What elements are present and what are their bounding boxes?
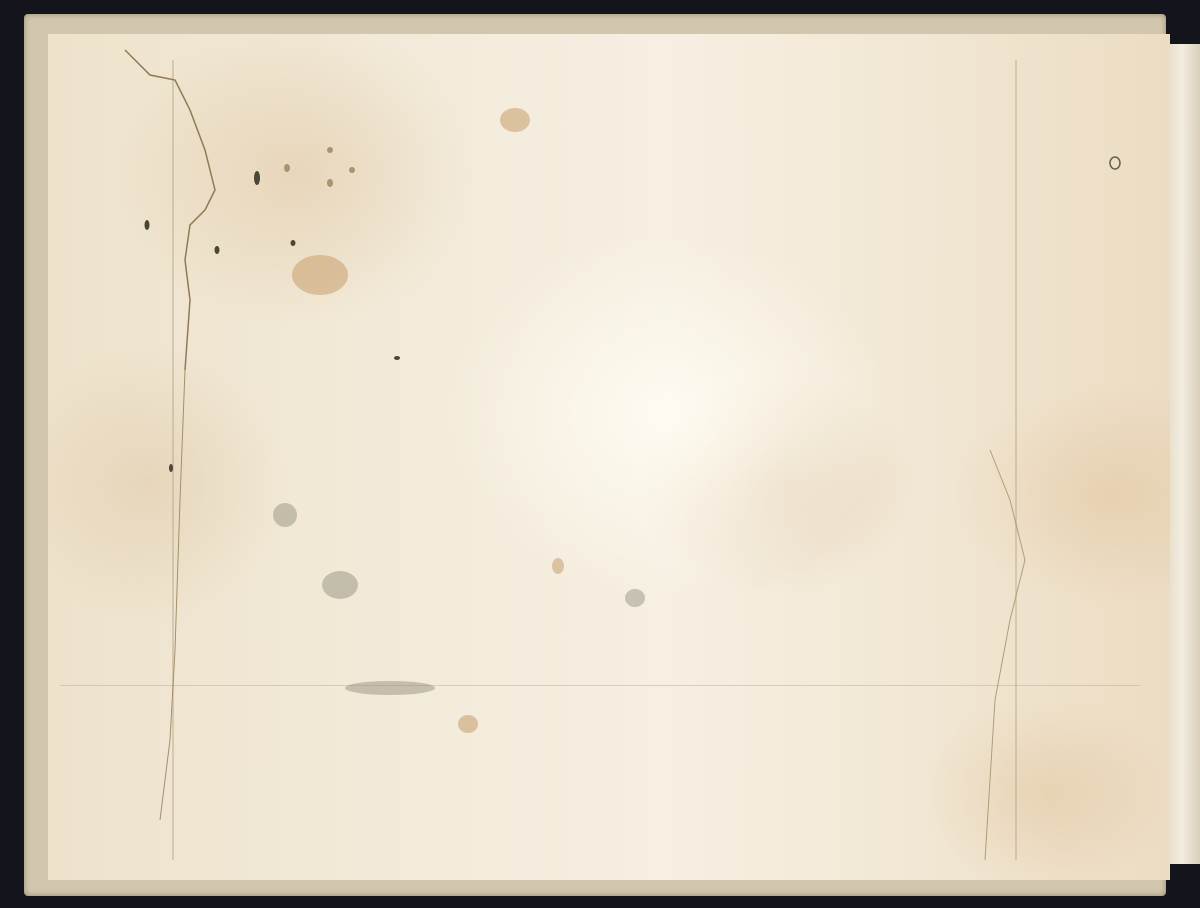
stains-and-cracks bbox=[0, 0, 1200, 908]
